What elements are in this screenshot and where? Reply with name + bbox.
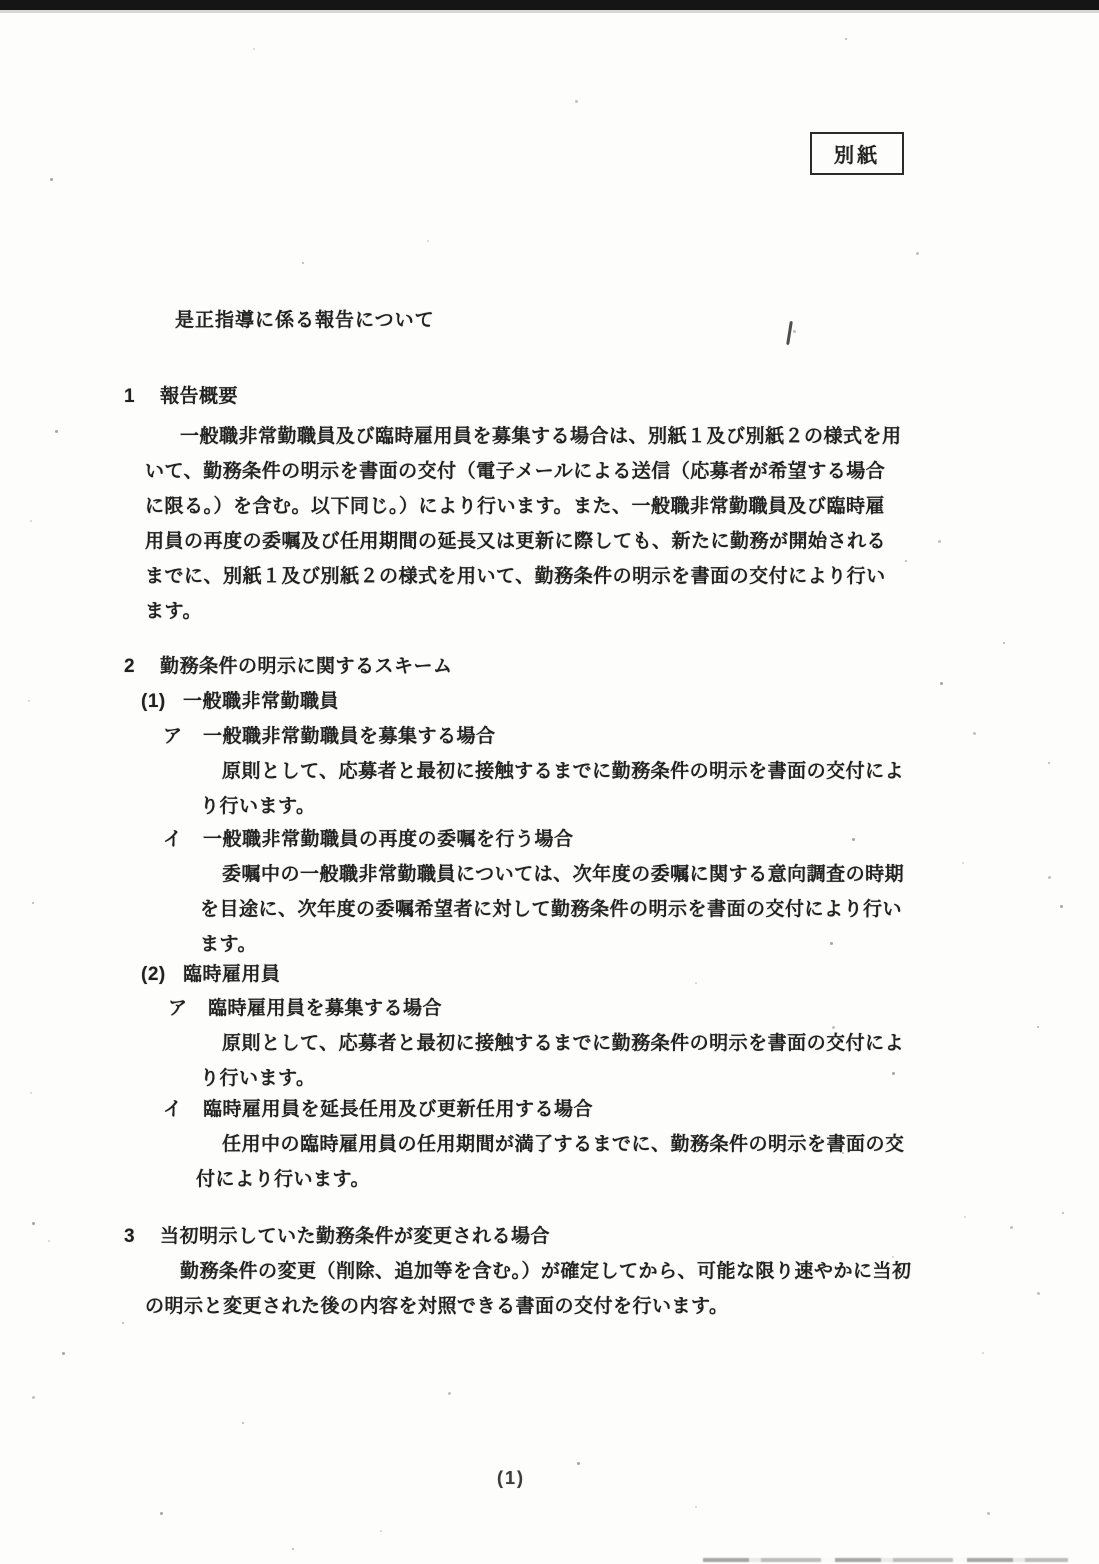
noise-dot [793, 330, 796, 333]
text-line: 一般職非常勤職員及び臨時雇用員を募集する場合は、別紙１及び別紙２の様式を用 [180, 421, 902, 448]
section-2-heading: 2勤務条件の明示に関するスキーム [124, 651, 453, 678]
noise-dot [577, 1462, 580, 1465]
noise-dot [832, 1026, 835, 1029]
noise-dot [1062, 1212, 1064, 1214]
noise-dot [427, 240, 429, 242]
text-line: に限る。）を含む。以下同じ。）により行います。また、一般職非常勤職員及び臨時雇 [145, 491, 885, 518]
noise-dot [1037, 1026, 1039, 1028]
noise-dot [28, 700, 30, 702]
section-1-heading-text: 報告概要 [160, 386, 238, 407]
subitem-i-heading: イ一般職非常勤職員の再度の委嘱を行う場合 [163, 824, 574, 851]
noise-dot [842, 1152, 844, 1154]
text-line: り行います。 [200, 791, 315, 818]
page-number: (1) [497, 1468, 525, 1489]
noise-dot [48, 1240, 50, 1242]
noise-dot [448, 1392, 451, 1395]
noise-dot [242, 1422, 244, 1424]
attachment-tag-box: 別紙 [810, 132, 904, 175]
item-1-heading: (1)一般職非常勤職員 [141, 686, 339, 713]
noise-dot [32, 902, 34, 904]
noise-dot [940, 682, 943, 685]
noise-dot [916, 252, 919, 255]
section-3-number: 3 [124, 1226, 160, 1248]
item-2-label: (2) [141, 964, 183, 986]
item-1-heading-text: 一般職非常勤職員 [183, 691, 339, 712]
noise-dot [253, 48, 255, 50]
noise-dot [982, 1352, 984, 1354]
text-line: 委嘱中の一般職非常勤職員については、次年度の委嘱に関する意向調査の時期 [222, 859, 904, 886]
noise-dot [540, 1142, 543, 1145]
section-1-heading: 1報告概要 [124, 381, 238, 408]
text-line: いて、勤務条件の明示を書面の交付（電子メールによる送信（応募者が希望する場合 [145, 456, 885, 483]
subitem-a2-heading: ア臨時雇用員を募集する場合 [168, 993, 442, 1020]
text-line: を目途に、次年度の委嘱希望者に対して勤務条件の明示を書面の交付により行い [200, 894, 902, 921]
document-title: 是正指導に係る報告について [175, 305, 435, 332]
noise-dot [852, 838, 855, 841]
subitem-a2-heading-text: 臨時雇用員を募集する場合 [208, 998, 442, 1019]
noise-dot [830, 942, 833, 945]
noise-dot [249, 1182, 252, 1185]
noise-dot [122, 1322, 124, 1324]
noise-dot [1037, 1292, 1040, 1295]
text-line: 原則として、応募者と最初に接触するまでに勤務条件の明示を書面の交付によ [222, 756, 904, 783]
subitem-a-heading-text: 一般職非常勤職員を募集する場合 [203, 726, 496, 747]
noise-dot [905, 560, 907, 562]
item-1-label: (1) [141, 691, 183, 713]
noise-dot [380, 1530, 382, 1532]
noise-dot [1060, 905, 1063, 908]
noise-dot [695, 1506, 697, 1508]
text-line: り行います。 [200, 1063, 315, 1090]
noise-dot [32, 1396, 35, 1399]
noise-dot [302, 262, 304, 264]
scanner-edge-bar [0, 0, 1099, 10]
item-2-heading-text: 臨時雇用員 [183, 964, 281, 985]
subitem-i2-label: イ [163, 1094, 203, 1121]
subitem-a-heading: ア一般職非常勤職員を募集する場合 [163, 721, 496, 748]
noise-dot [845, 38, 847, 40]
noise-dot [1003, 642, 1005, 644]
noise-dot [892, 1256, 894, 1258]
noise-dot [160, 1512, 163, 1515]
text-line: 原則として、応募者と最初に接触するまでに勤務条件の明示を書面の交付によ [222, 1028, 904, 1055]
noise-dot [892, 1072, 895, 1075]
noise-dot [32, 1222, 35, 1225]
subitem-i2-heading-text: 臨時雇用員を延長任用及び更新任用する場合 [203, 1099, 593, 1120]
section-3-heading-text: 当初明示していた勤務条件が変更される場合 [160, 1226, 550, 1247]
text-line: ます。 [200, 929, 257, 956]
noise-dot [695, 982, 697, 984]
noise-dot [987, 1512, 990, 1515]
text-line: 付により行います。 [196, 1164, 370, 1191]
text-line: ます。 [145, 596, 202, 623]
noise-dot [938, 540, 941, 543]
scanned-document-page: 別紙 是正指導に係る報告について 1報告概要 一般職非常勤職員及び臨時雇用員を募… [0, 13, 1099, 1564]
noise-dot [62, 1352, 65, 1355]
noise-dot [575, 100, 578, 103]
section-1-number: 1 [124, 386, 160, 408]
scan-artifact-mark [786, 321, 793, 345]
noise-dot [30, 1092, 32, 1094]
subitem-a-label: ア [163, 721, 203, 748]
noise-dot [30, 520, 32, 522]
text-line: の明示と変更された後の内容を対照できる書面の交付を行います。 [145, 1291, 728, 1318]
subitem-i-label: イ [163, 824, 203, 851]
text-line: 任用中の臨時雇用員の任用期間が満了するまでに、勤務条件の明示を書面の交 [222, 1129, 905, 1156]
text-line: までに、別紙１及び別紙２の様式を用いて、勤務条件の明示を書面の交付により行い [145, 561, 886, 588]
section-2-number: 2 [124, 656, 160, 678]
noise-dot [1048, 876, 1051, 879]
section-2-heading-text: 勤務条件の明示に関するスキーム [160, 656, 453, 677]
noise-dot [1048, 762, 1050, 764]
noise-dot [55, 430, 58, 433]
scan-smudge [703, 1558, 1068, 1562]
text-line: 用員の再度の委嘱及び任用期間の延長又は更新に際しても、新たに勤務が開始される [145, 526, 886, 553]
noise-dot [1010, 1226, 1013, 1229]
subitem-i-heading-text: 一般職非常勤職員の再度の委嘱を行う場合 [203, 829, 574, 850]
subitem-a2-label: ア [168, 993, 208, 1020]
text-line: 勤務条件の変更（削除、追加等を含む。）が確定してから、可能な限り速やかに当初 [180, 1256, 912, 1283]
section-3-heading: 3当初明示していた勤務条件が変更される場合 [124, 1221, 550, 1248]
attachment-tag-label: 別紙 [834, 139, 880, 168]
subitem-i2-heading: イ臨時雇用員を延長任用及び更新任用する場合 [163, 1094, 593, 1121]
item-2-heading: (2)臨時雇用員 [141, 959, 281, 986]
noise-dot [50, 178, 53, 181]
noise-dot [964, 1216, 966, 1218]
noise-dot [292, 1548, 294, 1550]
noise-dot [973, 732, 976, 735]
noise-dot [962, 862, 964, 864]
